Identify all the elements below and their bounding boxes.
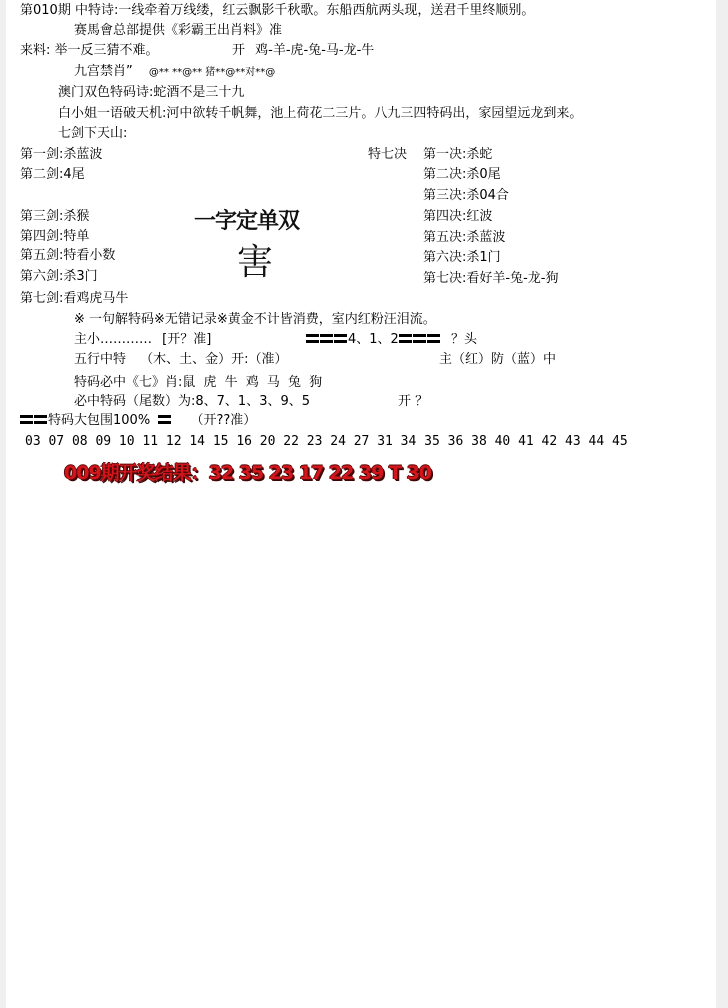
jue-3: 第三决:杀04合 <box>423 188 509 204</box>
double-bar-icon <box>34 415 47 424</box>
sword-5: 第五剑:特看小数 <box>20 248 115 264</box>
miss-bai-line: 白小姐一语破天机:河中欲转千帆舞，池上荷花二三片。八九三四特码出，家园望远龙到来… <box>58 106 582 122</box>
main-small-label: 主小………… <box>74 332 152 347</box>
sword-value: 杀蓝波 <box>63 147 102 162</box>
jue-7: 第七决:看好羊-兔-龙-狗 <box>423 271 558 287</box>
laili-zodiacs: 鸡-羊-虎-兔-马-龙-牛 <box>255 43 374 58</box>
color-hint: 主（红）防（蓝）中 <box>439 352 556 368</box>
double-bar-icon <box>306 334 319 343</box>
sword-label: 第七剑: <box>20 291 63 306</box>
tail-numbers-label: 必中特码（尾数）为: <box>74 394 195 409</box>
main-small-line: 主小………… [开？准] <box>74 332 211 348</box>
sword-value: 4尾 <box>63 167 84 182</box>
seven-zodiac-line: 特码必中《七》肖:鼠 虎 牛 鸡 马 兔 狗 <box>74 375 322 391</box>
source-line: 赛馬會总部提供《彩霸王出肖料》准 <box>74 23 282 39</box>
jue-label: 第四决: <box>423 209 466 224</box>
sword-1: 第一剑:杀蓝波 <box>20 147 102 163</box>
lottery-result: 009期开奖结果：32 35 23 17 22 39 T 30 <box>64 458 431 485</box>
double-bar-icon <box>427 334 440 343</box>
jue-value: 红波 <box>466 209 492 224</box>
jue-value: 杀蓝波 <box>466 230 505 245</box>
jue-value: 杀蛇 <box>466 147 492 162</box>
sword-value: 杀猴 <box>63 209 89 224</box>
jue-1: 第一决:杀蛇 <box>423 147 492 163</box>
jue-label: 第六决: <box>423 250 466 265</box>
poem-text: 一线牵着万线缕，红云飘影千秋歌。东船西航两头现，送君千里终顺别。 <box>118 3 534 18</box>
five-elements-values: （木、土、金）开:（准） <box>140 352 287 367</box>
jue-label: 第二决: <box>423 167 466 182</box>
sword-value: 杀3门 <box>63 269 97 284</box>
one-word-title: 一字定单双 <box>194 204 299 235</box>
main-small-head: ？头 <box>451 332 477 347</box>
main-small-numbers: 4、1、2 <box>348 332 399 347</box>
open-label: 开 <box>232 43 245 58</box>
sword-value: 特单 <box>63 229 89 244</box>
macau-poem-label: 澳门双色特码诗: <box>58 85 153 100</box>
riddle-line: ※ 一句解特码※无错记录※黄金不计皆消费，室内红粉汪泪流。 <box>74 312 436 328</box>
sword-3: 第三剑:杀猴 <box>20 209 89 225</box>
sword-label: 第六剑: <box>20 269 63 284</box>
main-small-status: [开？准] <box>162 332 211 347</box>
tail-open: 开 ？ <box>398 394 428 410</box>
sword-label: 第三剑: <box>20 209 63 224</box>
jue-label: 第五决: <box>423 230 466 245</box>
seven-jue-title: 特七决 <box>368 147 407 163</box>
sword-label: 第一剑: <box>20 147 63 162</box>
laili-line: 来料: 举一反三猜不难。 <box>20 43 159 59</box>
five-elements-line: 五行中特 （木、土、金）开:（准） <box>74 352 288 368</box>
jue-value: 杀0尾 <box>466 167 500 182</box>
big-package-line: 特码大包围100% （开??准） <box>20 413 256 429</box>
double-bar-icon <box>158 415 171 424</box>
laili-text: 举一反三猜不难。 <box>55 43 159 58</box>
laili-open: 开 鸡-羊-虎-兔-马-龙-牛 <box>232 43 374 59</box>
double-bar-icon <box>320 334 333 343</box>
seven-zodiac-values: 鼠 虎 牛 鸡 马 兔 狗 <box>182 375 322 390</box>
issue-label: 第010期 <box>20 3 71 18</box>
double-bar-icon <box>399 334 412 343</box>
sword-4: 第四剑:特单 <box>20 229 89 245</box>
five-elements-label: 五行中特 <box>74 352 126 367</box>
laili-label: 来料: <box>20 43 50 58</box>
sword-2: 第二剑:4尾 <box>20 167 85 183</box>
double-bar-icon <box>413 334 426 343</box>
main-small-numbers-group: 4、1、2 ？头 <box>306 332 477 348</box>
one-word-char: 害 <box>237 234 273 285</box>
jue-label: 第七决: <box>423 271 466 286</box>
jue-value: 杀1门 <box>466 250 500 265</box>
tail-numbers-line: 必中特码（尾数）为:8、7、1、3、9、5 <box>74 394 310 410</box>
page-content: 第010期 中特诗:一线牵着万线缕，红云飘影千秋歌。东船西航两头现，送君千里终顺… <box>6 0 716 1008</box>
big-package-status: （开??准） <box>190 413 256 428</box>
macau-poem-line: 澳门双色特码诗:蛇酒不是三十九 <box>58 85 244 101</box>
jue-label: 第一决: <box>423 147 466 162</box>
sword-label: 第四剑: <box>20 229 63 244</box>
jue-value: 看好羊-兔-龙-狗 <box>466 271 558 286</box>
jue-6: 第六决:杀1门 <box>423 250 501 266</box>
double-bar-icon <box>334 334 347 343</box>
sword-label: 第二剑: <box>20 167 63 182</box>
sword-value: 特看小数 <box>63 248 115 263</box>
big-package-label: 特码大包围100% <box>48 413 150 428</box>
sword-7: 第七剑:看鸡虎马牛 <box>20 291 128 307</box>
jue-5: 第五决:杀蓝波 <box>423 230 505 246</box>
miss-bai-text: 河中欲转千帆舞，池上荷花二三片。八九三四特码出，家园望远龙到来。 <box>166 106 582 121</box>
jiugong-line: 九宫禁肖” @** **@** 猪**@**对**@ <box>74 64 275 81</box>
poem-label: 中特诗: <box>75 3 118 18</box>
poem-line: 第010期 中特诗:一线牵着万线缕，红云飘影千秋歌。东船西航两头现，送君千里终顺… <box>20 3 534 19</box>
sword-6: 第六剑:杀3门 <box>20 269 98 285</box>
seven-zodiac-label: 特码必中《七》肖: <box>74 375 182 390</box>
double-bar-icon <box>20 415 33 424</box>
jiugong-label: 九宫禁肖” <box>74 64 133 79</box>
seven-swords-title: 七剑下天山: <box>58 126 127 142</box>
sword-label: 第五剑: <box>20 248 63 263</box>
jue-2: 第二决:杀0尾 <box>423 167 501 183</box>
sword-value: 看鸡虎马牛 <box>63 291 128 306</box>
numbers-list: 03 07 08 09 10 11 12 14 15 16 20 22 23 2… <box>25 434 628 449</box>
jue-value: 杀04合 <box>466 188 509 203</box>
jue-label: 第三决: <box>423 188 466 203</box>
miss-bai-label: 白小姐一语破天机: <box>58 106 166 121</box>
jue-4: 第四决:红波 <box>423 209 492 225</box>
macau-poem-text: 蛇酒不是三十九 <box>153 85 244 100</box>
tail-numbers-values: 8、7、1、3、9、5 <box>195 394 310 409</box>
scrollbar[interactable] <box>716 0 728 1008</box>
jiugong-text: @** **@** 猪**@**对**@ <box>149 67 275 78</box>
